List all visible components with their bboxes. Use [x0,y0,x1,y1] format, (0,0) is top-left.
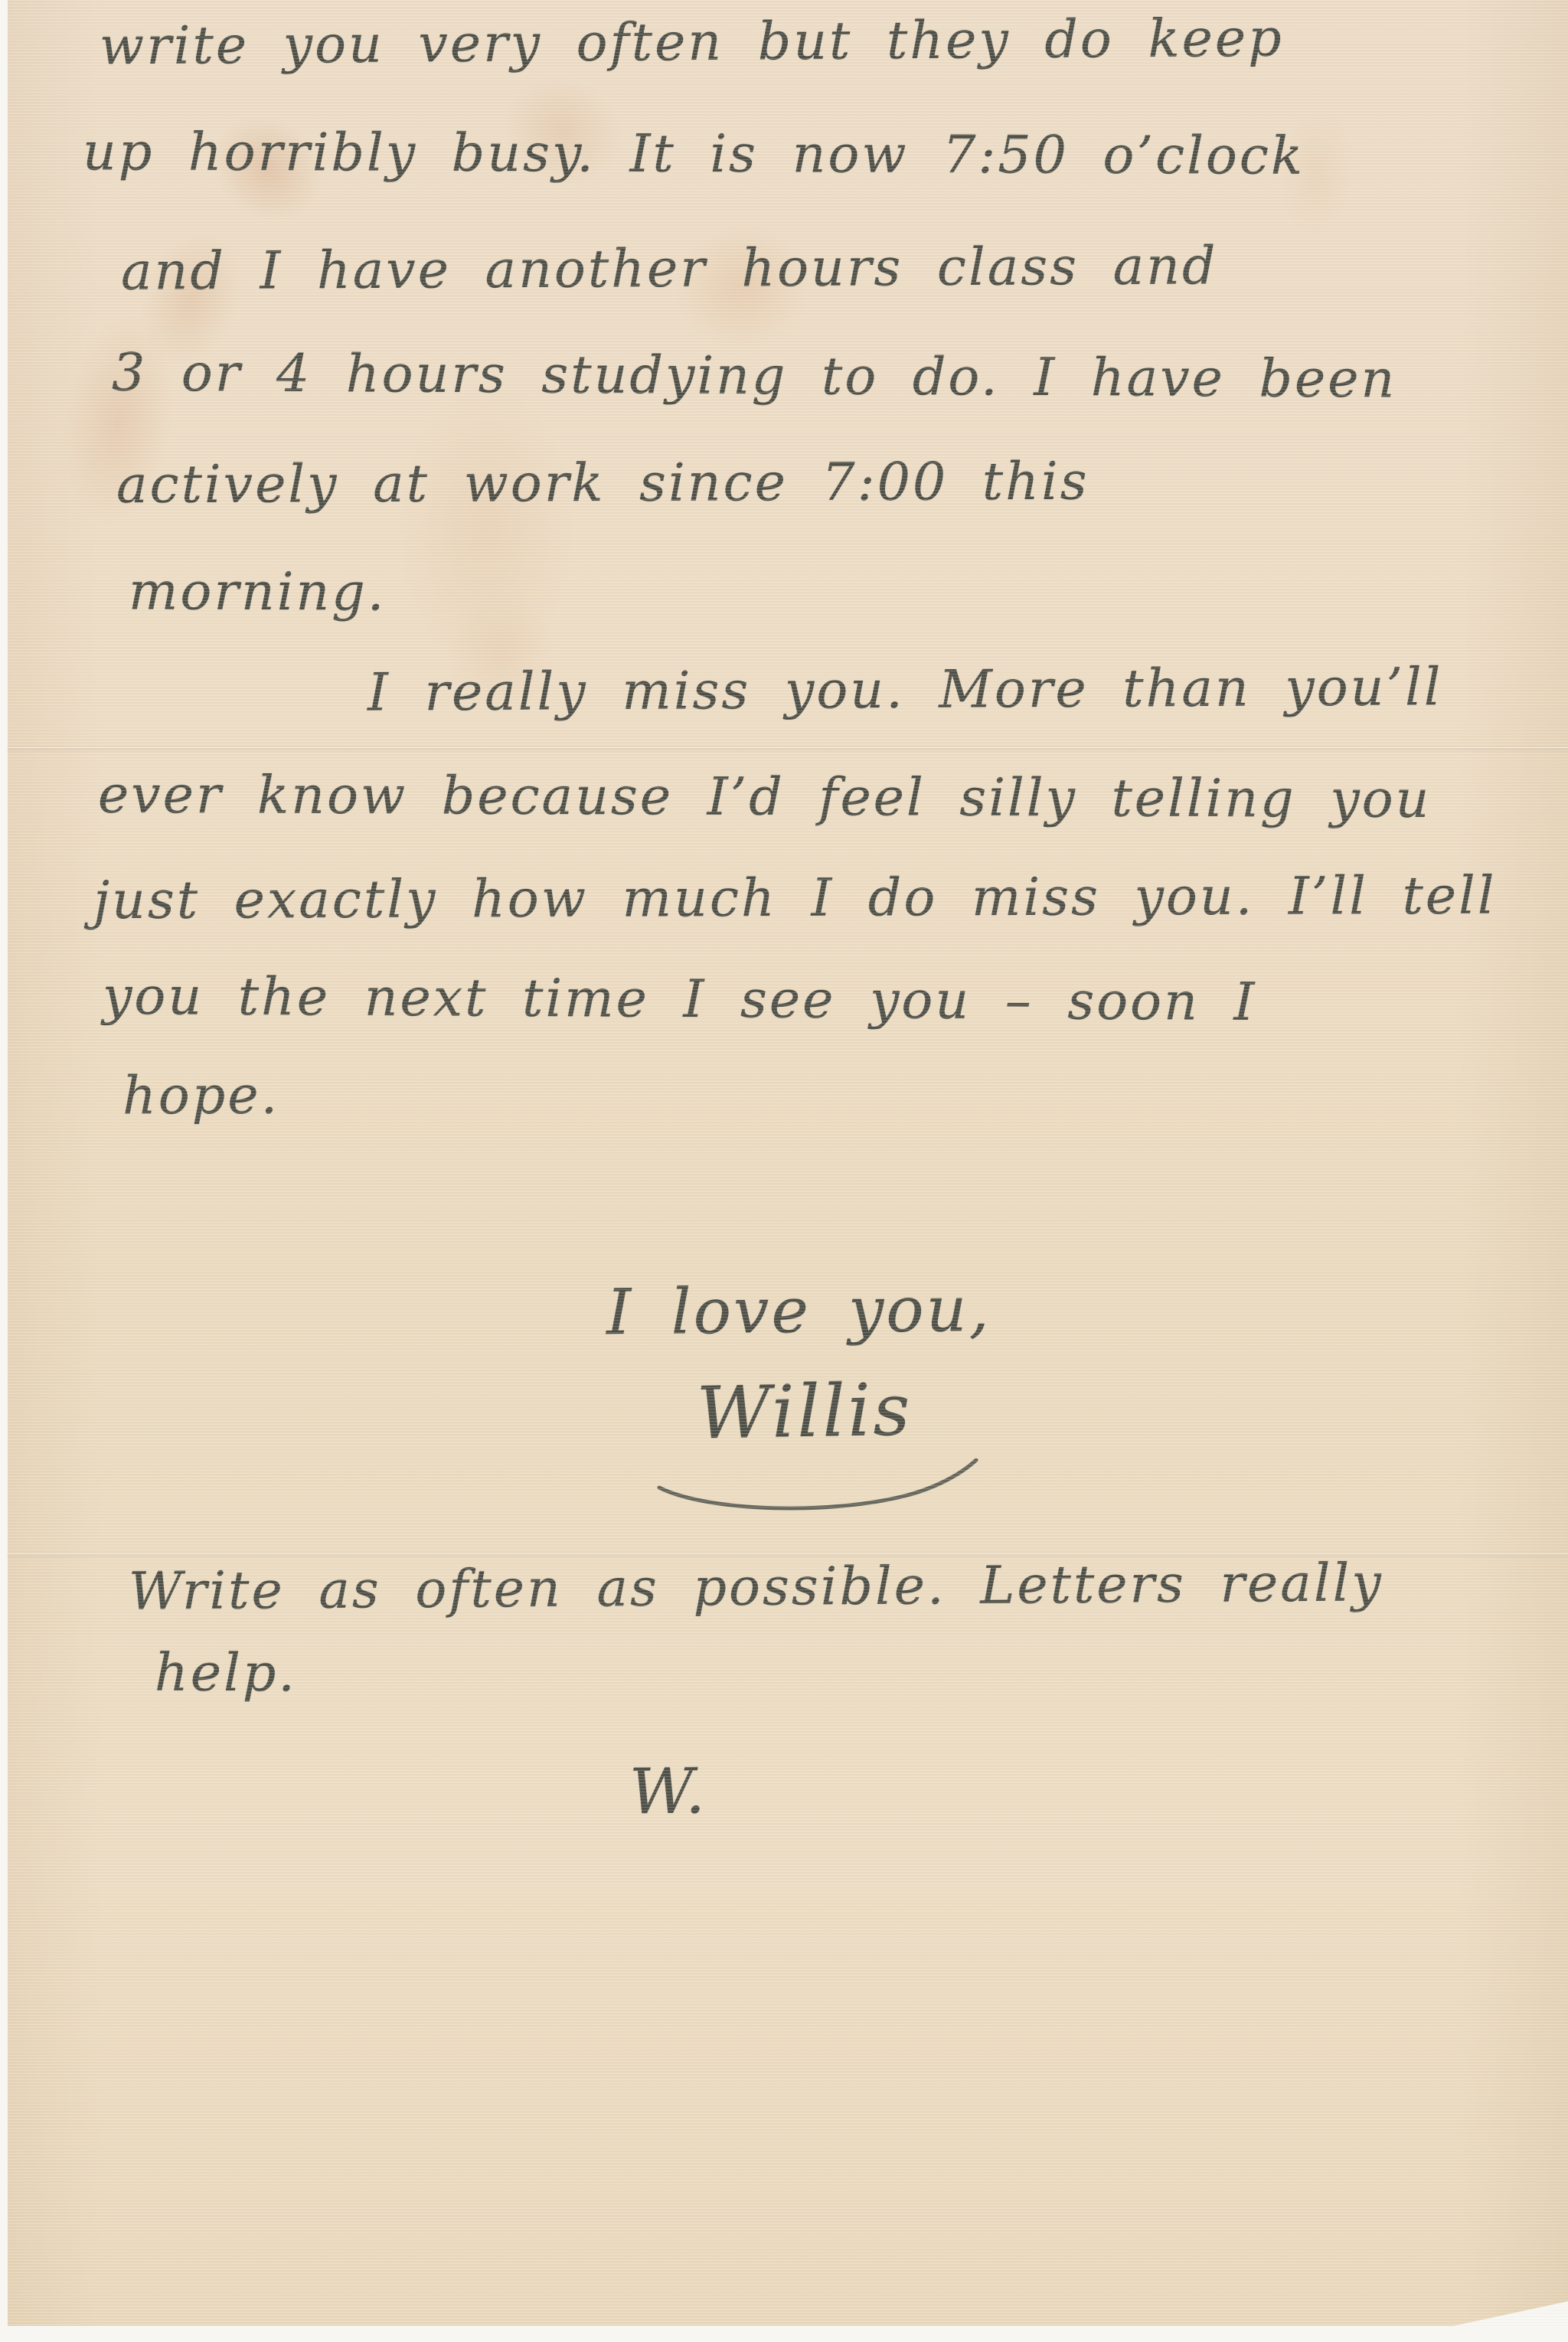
torn-corner [1453,2291,1568,2326]
letter-line: write you very often but they do keep [100,13,1284,73]
letter-line: 3 or 4 hours studying to do. I have been [112,348,1397,407]
postscript-line: help. [155,1648,297,1700]
letter-line: just exactly how much I do miss you. I’l… [93,870,1497,927]
letter-page: write you very often but they do keep up… [8,0,1568,2326]
fold-crease [8,746,1568,749]
letter-line: actively at work since 7:00 this [116,456,1089,511]
letter-line: I really miss you. More than you’ll [367,661,1443,719]
letter-line: up horribly busy. It is now 7:50 o’clock [83,126,1305,183]
letter-line: you the next time I see you – soon I [103,971,1257,1029]
stain [24,260,213,582]
signature-flourish [655,1458,984,1527]
letter-line: morning. [129,566,387,619]
letter-line: ever know because I’d feel silly telling… [98,769,1432,826]
letter-closing: I love you, [606,1279,991,1344]
postscript-line: Write as often as possible. Letters real… [129,1557,1383,1618]
letter-scan: write you very often but they do keep up… [0,0,1568,2342]
letter-line: hope. [122,1070,279,1123]
postscript-initial: W. [629,1761,708,1824]
letter-signature: Willis [696,1375,913,1451]
letter-line: and I have another hours class and [121,240,1218,298]
